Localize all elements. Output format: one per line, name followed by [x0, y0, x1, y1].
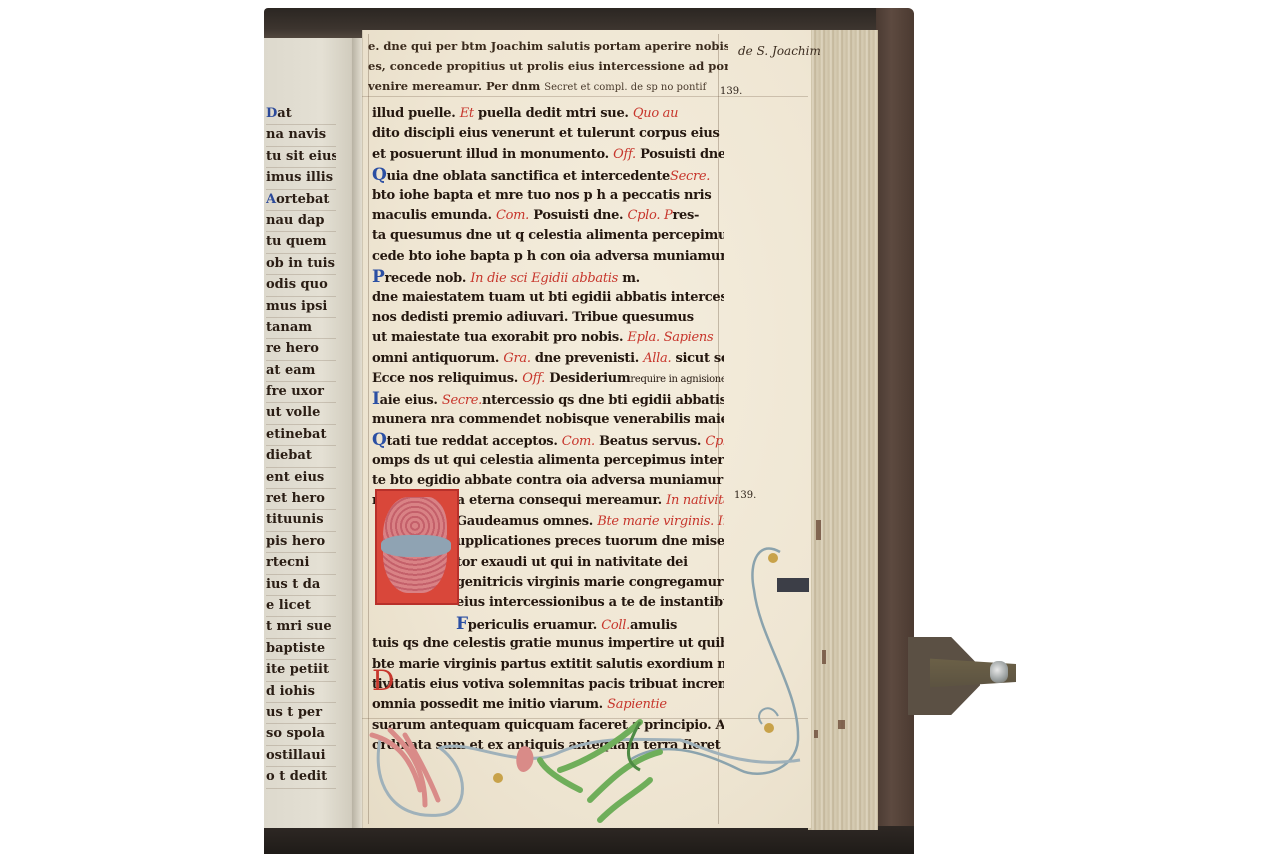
- manuscript-scene: Datna navistu sit eiusimus illisAortebat…: [0, 0, 1280, 860]
- acanthus-vine-border: [0, 0, 1280, 860]
